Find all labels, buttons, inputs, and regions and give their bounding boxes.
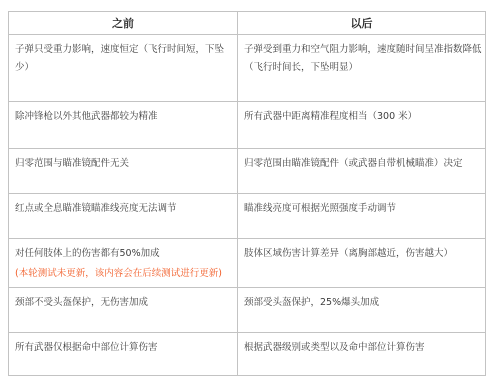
- column-header-before: 之前: [9, 12, 238, 35]
- before-cell: 所有武器仅根据命中部位计算伤害: [9, 333, 238, 376]
- cell-text: 子弹只受重力影响，速度恒定（飞行时间短，下坠少）: [15, 41, 235, 77]
- cell-text: 红点或全息瞄准镜瞄准线亮度无法调节: [15, 200, 235, 218]
- cell-text: 除冲锋枪以外其他武器都较为精准: [15, 108, 235, 126]
- column-header-after: 以后: [238, 12, 486, 35]
- cell-text: 子弹受到重力和空气阻力影响，速度随时间呈准指数降低（飞行时间长，下坠明显）: [244, 41, 483, 77]
- after-cell: 归零范围由瞄准镜配件（或武器自带机械瞄准）决定: [238, 149, 486, 194]
- after-cell: 肢体区域伤害计算差异（离胸部越近，伤害越大）: [238, 239, 486, 288]
- before-cell: 红点或全息瞄准镜瞄准线亮度无法调节: [9, 194, 238, 239]
- cell-text: 颈部受头盔保护，25%爆头加成: [244, 294, 483, 312]
- before-cell: 颈部不受头盔保护，无伤害加成: [9, 288, 238, 333]
- after-cell: 根据武器级别或类型以及命中部位计算伤害: [238, 333, 486, 376]
- after-cell: 颈部受头盔保护，25%爆头加成: [238, 288, 486, 333]
- header-row: 之前 以后: [9, 12, 486, 35]
- cell-text: 归零范围由瞄准镜配件（或武器自带机械瞄准）决定: [244, 155, 483, 173]
- cell-text: 对任何肢体上的伤害都有50%加成: [15, 245, 235, 263]
- cell-text: 归零范围与瞄准镜配件无关: [15, 155, 235, 173]
- cell-text: 所有武器中距离精准程度相当（300 米）: [244, 108, 483, 126]
- row-reticle-brightness: 红点或全息瞄准镜瞄准线亮度无法调节 瞄准线亮度可根据光照强度手动调节: [9, 194, 486, 239]
- before-cell: 除冲锋枪以外其他武器都较为精准: [9, 102, 238, 149]
- cell-text: 瞄准线亮度可根据光照强度手动调节: [244, 200, 483, 218]
- row-neck-protection: 颈部不受头盔保护，无伤害加成 颈部受头盔保护，25%爆头加成: [9, 288, 486, 333]
- before-cell: 对任何肢体上的伤害都有50%加成 (本轮测试未更新，该内容会在后续测试进行更新): [9, 239, 238, 288]
- after-cell: 瞄准线亮度可根据光照强度手动调节: [238, 194, 486, 239]
- after-cell: 所有武器中距离精准程度相当（300 米）: [238, 102, 486, 149]
- weapon-changes-comparison-page: 之前 以后 子弹只受重力影响，速度恒定（飞行时间短，下坠少） 子弹受到重力和空气…: [0, 0, 494, 380]
- before-cell: 归零范围与瞄准镜配件无关: [9, 149, 238, 194]
- row-limb-damage: 对任何肢体上的伤害都有50%加成 (本轮测试未更新，该内容会在后续测试进行更新)…: [9, 239, 486, 288]
- update-pending-note: (本轮测试未更新，该内容会在后续测试进行更新): [15, 265, 235, 283]
- row-weapon-accuracy: 除冲锋枪以外其他武器都较为精准 所有武器中距离精准程度相当（300 米）: [9, 102, 486, 149]
- row-bullet-ballistics: 子弹只受重力影响，速度恒定（飞行时间短，下坠少） 子弹受到重力和空气阻力影响，速…: [9, 35, 486, 102]
- after-cell: 子弹受到重力和空气阻力影响，速度随时间呈准指数降低（飞行时间长，下坠明显）: [238, 35, 486, 102]
- cell-text: 颈部不受头盔保护，无伤害加成: [15, 294, 235, 312]
- cell-text: 所有武器仅根据命中部位计算伤害: [15, 339, 235, 357]
- before-after-comparison-table: 之前 以后 子弹只受重力影响，速度恒定（飞行时间短，下坠少） 子弹受到重力和空气…: [8, 11, 486, 376]
- row-damage-calculation: 所有武器仅根据命中部位计算伤害 根据武器级别或类型以及命中部位计算伤害: [9, 333, 486, 376]
- cell-text: 肢体区域伤害计算差异（离胸部越近，伤害越大）: [244, 245, 483, 263]
- before-cell: 子弹只受重力影响，速度恒定（飞行时间短，下坠少）: [9, 35, 238, 102]
- cell-text: 根据武器级别或类型以及命中部位计算伤害: [244, 339, 483, 357]
- row-zeroing-range: 归零范围与瞄准镜配件无关 归零范围由瞄准镜配件（或武器自带机械瞄准）决定: [9, 149, 486, 194]
